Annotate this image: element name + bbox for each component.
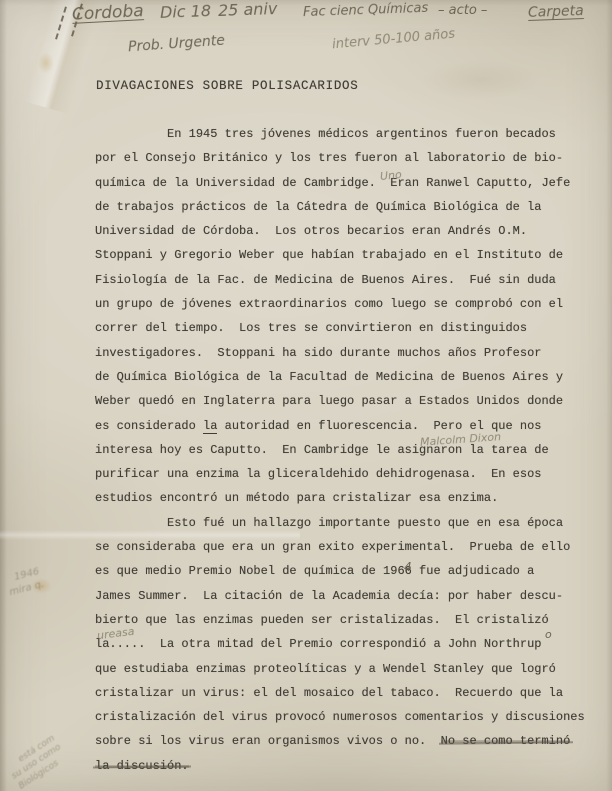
handwritten-correction-year: 4 [404,560,412,574]
typed-line: sobre si los virus eran organismos vivos… [95,729,612,753]
typed-line: de trabajos prácticos de la Cátedra de Q… [95,195,612,219]
typed-line: Universidad de Córdoba. Los otros becari… [95,219,612,243]
paper-stain [38,52,54,74]
handwritten-note-carpeta: Carpeta [528,3,584,21]
handwritten-margin-note: mira q. [8,579,45,598]
pencil-dash-mark [55,6,67,39]
typed-line: cristalizar un virus: el del mosaico del… [95,681,612,705]
typed-struck-text: No se como terminó [441,734,571,748]
handwritten-note-interv: interv 50-100 años [332,27,456,53]
typed-line: correr del tiempo. Los tres se convirtie… [95,316,612,340]
typed-line: la discusión. [95,754,612,778]
document-title: DIVAGACIONES SOBRE POLISACARIDOS [96,79,358,93]
scanned-document-page: Cordoba Dic 18 25 aniv Fac cienc Química… [0,0,612,791]
handwritten-note-anniversary: 25 aniv [218,0,278,20]
typed-text: sobre si los virus eran organismos vivos… [95,734,441,748]
typed-line: estudios encontró un método para cristal… [95,486,612,510]
typed-line: bierto que las enzimas pueden ser crista… [95,608,612,632]
typed-line: En 1945 tres jóvenes médicos argentinos … [95,122,612,146]
typed-line: un grupo de jóvenes extraordinarios como… [95,292,612,316]
typed-line: Weber quedó en Inglaterra para luego pas… [95,389,612,413]
typed-struck-text: la discusión. [95,759,189,773]
handwritten-note-prob-urgente: Prob. Urgente [128,33,226,56]
paper-stain [420,60,540,100]
typed-line: es considerado la autoridad en fluoresce… [95,414,612,438]
typed-line: la..... La otra mitad del Premio corresp… [95,632,612,656]
typed-line: Fisiología de la Fac. de Medicina de Bue… [95,268,612,292]
handwritten-note-cordoba: Cordoba [72,1,145,25]
typed-line: Stoppani y Gregorio Weber que habían tra… [95,243,612,267]
handwritten-note-date: Dic 18 [160,1,212,22]
typed-line: por el Consejo Británico y los tres fuer… [95,146,612,170]
typed-line: James Summer. La citación de la Academia… [95,584,612,608]
handwritten-note-faculty: Fac cienc Químicas [303,1,429,20]
handwritten-correction-o: o [545,628,552,641]
typed-line: cristalización del virus provocó numeros… [95,705,612,729]
typed-text-block: En 1945 tres jóvenes médicos argentinos … [95,122,612,778]
typed-text: es considerado [95,419,203,433]
handwritten-correction-uno: Uno [379,168,402,183]
typed-line: de Química Biológica de la Facultad de M… [95,365,612,389]
typed-line: interesa hoy es Caputto. En Cambridge le… [95,438,612,462]
typed-line: purificar una enzima la gliceraldehido d… [95,462,612,486]
typed-line: Esto fué un hallazgo importante puesto q… [95,511,612,535]
handwritten-note-acto: – acto – [438,3,487,18]
typed-underlined-word: la [203,419,217,434]
typed-line: investigadores. Stoppani ha sido durante… [95,341,612,365]
typed-line: se consideraba que era un gran exito exp… [95,535,612,559]
typed-line: química de la Universidad de Cambridge. … [95,171,612,195]
typed-line: que estudiaba enzimas proteolíticas y a … [95,657,612,681]
typed-line: es que medio Premio Nobel de química de … [95,559,612,583]
